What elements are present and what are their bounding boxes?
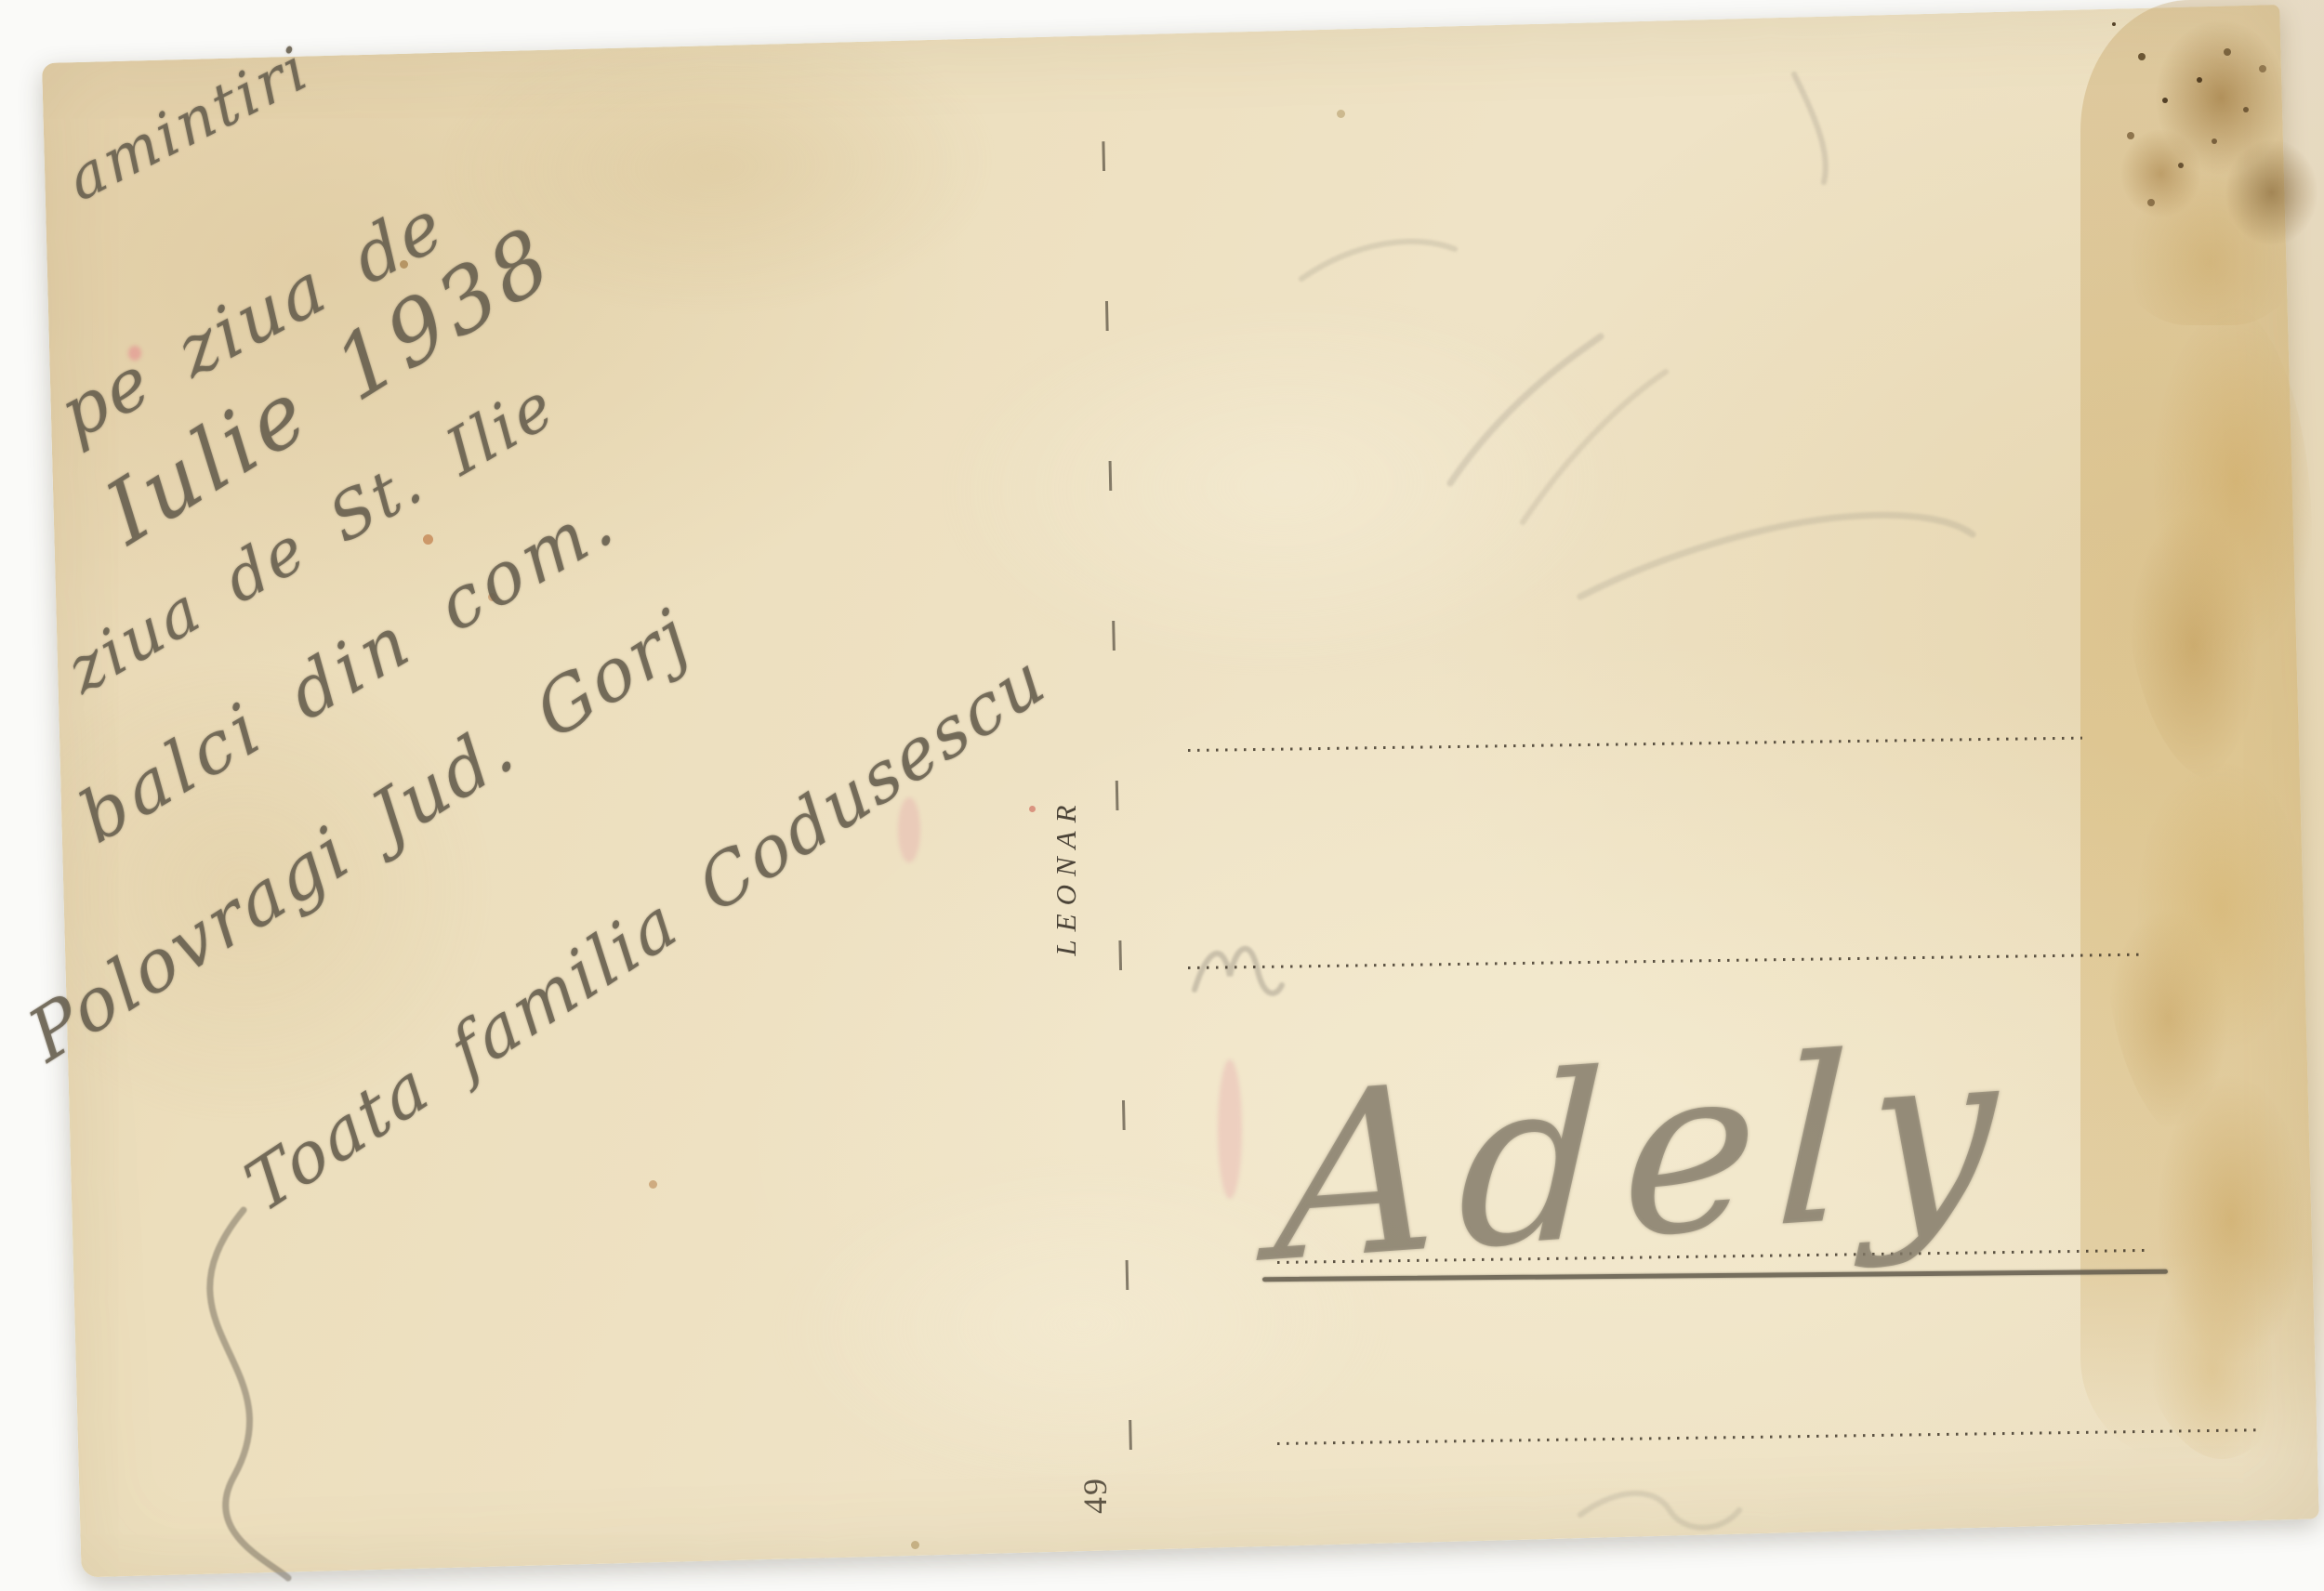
plate-number: 49: [1076, 1458, 1115, 1532]
scanned-postcard-back: amintiri pe ziua de Iulie 1938 ziua de S…: [0, 0, 2324, 1591]
signature-adely: Adely: [1272, 995, 2019, 1313]
paper-brand-leonar: LEONAR: [1050, 774, 1085, 979]
